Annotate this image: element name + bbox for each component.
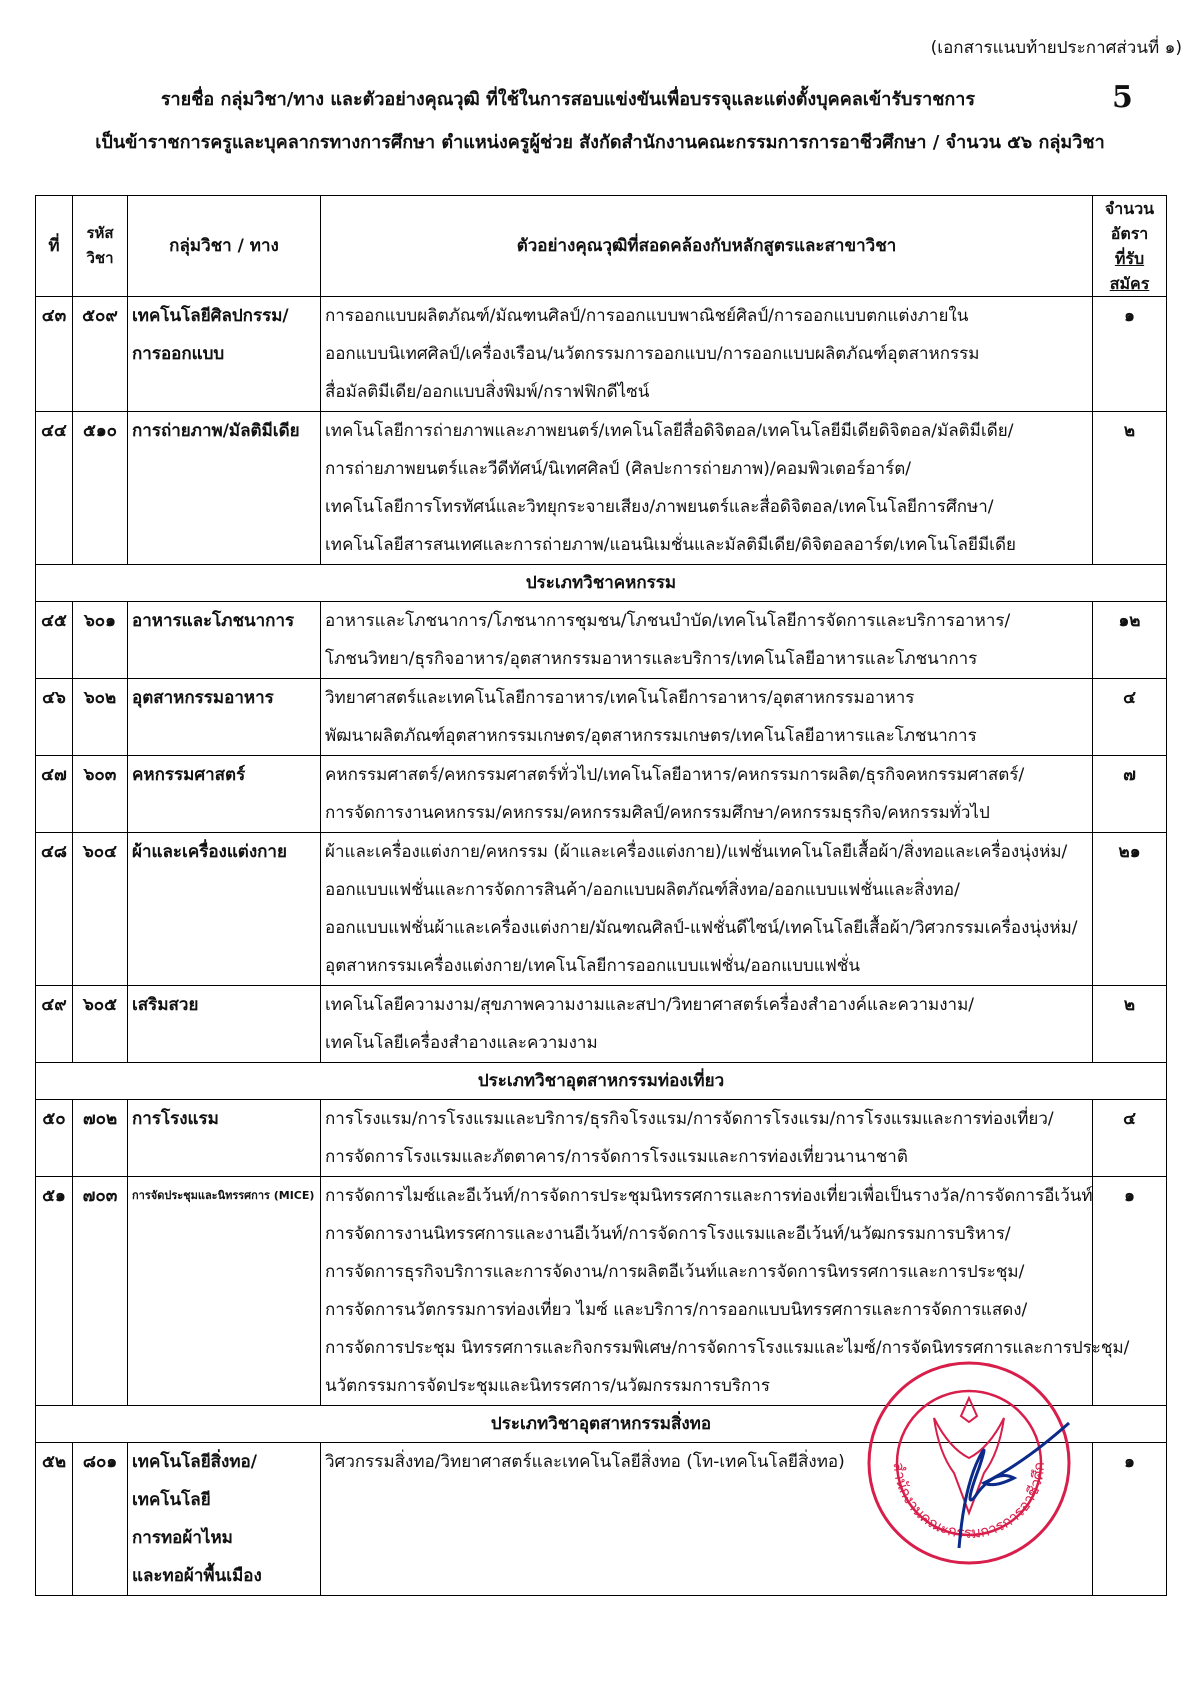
table-row: ๕๑๗๐๓การจัดประชุมและนิทรรศการ (MICE)การจ… — [36, 1177, 1167, 1406]
section-label: ประเภทวิชาอุตสาหกรรมท่องเที่ยว — [36, 1063, 1167, 1100]
position-count: ๒ — [1093, 986, 1167, 1063]
subject-group: การจัดประชุมและนิทรรศการ (MICE) — [128, 1177, 321, 1406]
qualification-list: วิทยาศาสตร์และเทคโนโลยีการอาหาร/เทคโนโลย… — [321, 679, 1093, 756]
position-count: ๗ — [1093, 756, 1167, 833]
subject-group: เทคโนโลยีสิ่งทอ/เทคโนโลยีการทอผ้าไหมและท… — [128, 1443, 321, 1596]
row-number: ๔๖ — [36, 679, 73, 756]
row-number: ๔๗ — [36, 756, 73, 833]
document-title-line1: รายชื่อ กลุ่มวิชา/ทาง และตัวอย่างคุณวุฒิ… — [0, 84, 1200, 113]
qualification-list: การโรงแรม/การโรงแรมและบริการ/ธุรกิจโรงแร… — [321, 1100, 1093, 1177]
subject-code: ๕๑๐ — [73, 412, 128, 565]
section-label: ประเภทวิชาอุตสาหกรรมสิ่งทอ — [36, 1406, 1167, 1443]
row-number: ๔๔ — [36, 412, 73, 565]
section-label: ประเภทวิชาคหกรรม — [36, 565, 1167, 602]
table-row: ๔๓๕๐๙เทคโนโลยีศิลปกรรม/การออกแบบการออกแบ… — [36, 297, 1167, 412]
table-row: ๔๙๖๐๕เสริมสวยเทคโนโลยีความงาม/สุขภาพความ… — [36, 986, 1167, 1063]
document-title-line2: เป็นข้าราชการครูและบุคลากรทางการศึกษา ตำ… — [0, 127, 1200, 156]
qualification-list: คหกรรมศาสตร์/คหกรรมศาสตร์ทั่วไป/เทคโนโลย… — [321, 756, 1093, 833]
col-header-group: กลุ่มวิชา / ทาง — [128, 196, 321, 297]
table-row: ๔๗๖๐๓คหกรรมศาสตร์คหกรรมศาสตร์/คหกรรมศาสต… — [36, 756, 1167, 833]
subject-group: อุตสาหกรรมอาหาร — [128, 679, 321, 756]
section-row: ประเภทวิชาอุตสาหกรรมสิ่งทอ — [36, 1406, 1167, 1443]
subject-code: ๖๐๔ — [73, 833, 128, 986]
position-count: ๑ — [1093, 1443, 1167, 1596]
qualification-list: วิศวกรรมสิ่งทอ/วิทยาศาสตร์และเทคโนโลยีสิ… — [321, 1443, 1093, 1596]
qualification-list: การออกแบบผลิตภัณฑ์/มัณฑนศิลป์/การออกแบบพ… — [321, 297, 1093, 412]
col-header-no: ที่ — [36, 196, 73, 297]
subject-group: ผ้าและเครื่องแต่งกาย — [128, 833, 321, 986]
annex-note: (เอกสารแนบท้ายประกาศส่วนที่ ๑) — [931, 34, 1182, 61]
col-header-code: รหัสวิชา — [73, 196, 128, 297]
subject-group: อาหารและโภชนาการ — [128, 602, 321, 679]
position-count: ๑ — [1093, 297, 1167, 412]
table-row: ๔๖๖๐๒อุตสาหกรรมอาหารวิทยาศาสตร์และเทคโนโ… — [36, 679, 1167, 756]
position-count: ๒๑ — [1093, 833, 1167, 986]
qualification-list: เทคโนโลยีความงาม/สุขภาพความงามและสปา/วิท… — [321, 986, 1093, 1063]
qualification-list: การจัดการไมซ์และอีเว้นท์/การจัดการประชุม… — [321, 1177, 1093, 1406]
position-count: ๒ — [1093, 412, 1167, 565]
row-number: ๕๐ — [36, 1100, 73, 1177]
subject-group: การถ่ายภาพ/มัลติมีเดีย — [128, 412, 321, 565]
col-header-rate: จำนวน อัตรา ที่รับสมัคร — [1093, 196, 1167, 297]
table-row: ๔๔๕๑๐การถ่ายภาพ/มัลติมีเดียเทคโนโลยีการถ… — [36, 412, 1167, 565]
qualification-list: อาหารและโภชนาการ/โภชนาการชุมชน/โภชนบำบัด… — [321, 602, 1093, 679]
table-row: ๔๕๖๐๑อาหารและโภชนาการอาหารและโภชนาการ/โภ… — [36, 602, 1167, 679]
row-number: ๔๙ — [36, 986, 73, 1063]
section-row: ประเภทวิชาอุตสาหกรรมท่องเที่ยว — [36, 1063, 1167, 1100]
position-count: ๔ — [1093, 679, 1167, 756]
qualification-table: ที่ รหัสวิชา กลุ่มวิชา / ทาง ตัวอย่างคุณ… — [35, 195, 1167, 1596]
position-count: ๑๒ — [1093, 602, 1167, 679]
table-row: ๕๐๗๐๒การโรงแรมการโรงแรม/การโรงแรมและบริก… — [36, 1100, 1167, 1177]
qualification-list: ผ้าและเครื่องแต่งกาย/คหกรรม (ผ้าและเครื่… — [321, 833, 1093, 986]
subject-code: ๖๐๒ — [73, 679, 128, 756]
subject-group: เสริมสวย — [128, 986, 321, 1063]
subject-group: การโรงแรม — [128, 1100, 321, 1177]
qualification-list: เทคโนโลยีการถ่ายภาพและภาพยนตร์/เทคโนโลยี… — [321, 412, 1093, 565]
subject-code: ๗๐๒ — [73, 1100, 128, 1177]
row-number: ๕๒ — [36, 1443, 73, 1596]
position-count: ๑ — [1093, 1177, 1167, 1406]
col-header-qualification: ตัวอย่างคุณวุฒิที่สอดคล้องกับหลักสูตรและ… — [321, 196, 1093, 297]
row-number: ๔๕ — [36, 602, 73, 679]
subject-code: ๖๐๕ — [73, 986, 128, 1063]
table-row: ๕๒๘๐๑เทคโนโลยีสิ่งทอ/เทคโนโลยีการทอผ้าไห… — [36, 1443, 1167, 1596]
subject-code: ๗๐๓ — [73, 1177, 128, 1406]
subject-code: ๖๐๓ — [73, 756, 128, 833]
subject-group: คหกรรมศาสตร์ — [128, 756, 321, 833]
row-number: ๔๘ — [36, 833, 73, 986]
subject-code: ๘๐๑ — [73, 1443, 128, 1596]
table-header-row: ที่ รหัสวิชา กลุ่มวิชา / ทาง ตัวอย่างคุณ… — [36, 196, 1167, 297]
subject-code: ๕๐๙ — [73, 297, 128, 412]
subject-code: ๖๐๑ — [73, 602, 128, 679]
subject-group: เทคโนโลยีศิลปกรรม/การออกแบบ — [128, 297, 321, 412]
section-row: ประเภทวิชาคหกรรม — [36, 565, 1167, 602]
table-row: ๔๘๖๐๔ผ้าและเครื่องแต่งกายผ้าและเครื่องแต… — [36, 833, 1167, 986]
position-count: ๔ — [1093, 1100, 1167, 1177]
row-number: ๕๑ — [36, 1177, 73, 1406]
row-number: ๔๓ — [36, 297, 73, 412]
